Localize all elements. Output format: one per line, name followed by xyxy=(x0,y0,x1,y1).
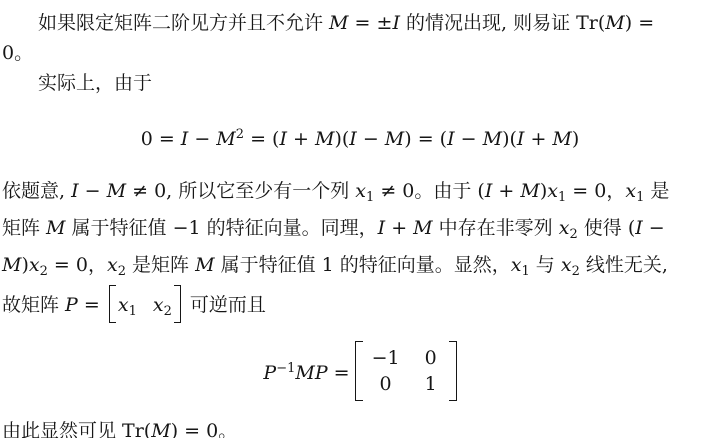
math-variable: I xyxy=(71,180,79,202)
matrix-cell: 1 xyxy=(422,372,440,396)
matrix-left-bracket xyxy=(355,341,363,401)
math-variable: M xyxy=(107,180,126,202)
text-run: + xyxy=(492,180,520,202)
math-variable: x xyxy=(118,294,129,316)
math-variable: M xyxy=(385,128,404,150)
subscript: 2 xyxy=(572,264,580,279)
text-run: 属于特征值 −1 的特征向量。同理， xyxy=(66,217,378,239)
text-run: ) = 0。 xyxy=(171,420,238,438)
text-run: − xyxy=(357,128,385,150)
text-run: 属于特征值 1 的特征向量。显然， xyxy=(215,254,511,276)
math-variable: x xyxy=(29,254,40,276)
text-run: 依题意, xyxy=(2,180,71,202)
math-variable: M xyxy=(329,12,348,34)
math-variable: M xyxy=(46,217,65,239)
superscript: −1 xyxy=(276,361,295,376)
math-variable: x xyxy=(511,254,522,276)
math-variable: M xyxy=(2,254,21,276)
math-variable: M xyxy=(483,128,502,150)
text-run: )( xyxy=(334,128,349,150)
math-variable: x xyxy=(153,294,164,316)
subscript: 1 xyxy=(558,190,566,205)
matrix-cell: 0 xyxy=(372,372,400,396)
text-run: − xyxy=(188,128,216,150)
text-run: 使得 ( xyxy=(578,217,636,239)
equation-lhs: P−1MP = xyxy=(263,354,349,388)
math-variable: I xyxy=(447,128,455,150)
para1-line2: 0。 xyxy=(2,38,718,68)
subscript: 1 xyxy=(129,304,137,319)
text-run: 的情况出现, 则易证 Tr( xyxy=(400,12,605,34)
math-variable: x xyxy=(107,254,118,276)
text-run: = 0， xyxy=(48,254,107,276)
document-page: 如果限定矩阵二阶见方并且不允许 M = ±I 的情况出现, 则易证 Tr(M) … xyxy=(0,0,722,438)
text-run: ) = ( xyxy=(404,128,447,150)
subscript: 2 xyxy=(40,264,48,279)
math-variable: M xyxy=(295,362,314,384)
text-run: 实际上，由于 xyxy=(38,72,152,94)
math-variable: x xyxy=(561,254,572,276)
text-run: − xyxy=(79,180,107,202)
para3-line2: 矩阵 M 属于特征值 −1 的特征向量。同理，I + M 中存在非零列 x2 使… xyxy=(2,213,718,250)
text-run: ) xyxy=(21,254,28,276)
math-variable: M xyxy=(216,128,235,150)
text-run: ≠ 0, 所以它至少有一个列 xyxy=(126,180,355,202)
math-variable: I xyxy=(392,12,400,34)
final-line: 由此显然可见 Tr(M) = 0。 xyxy=(2,416,718,438)
text-run: 0 = xyxy=(141,128,181,150)
math-variable: I xyxy=(279,128,287,150)
math-variable: I xyxy=(349,128,357,150)
math-variable: x xyxy=(625,180,636,202)
matrix-cell: 0 xyxy=(422,346,440,370)
math-variable: M xyxy=(413,217,432,239)
inline-matrix-right-bracket xyxy=(174,285,181,323)
math-variable: I xyxy=(635,217,643,239)
text-run: 线性无关, xyxy=(580,254,668,276)
math-variable: M xyxy=(520,180,539,202)
text-run: 可逆而且 xyxy=(184,294,266,316)
text-run: 是 xyxy=(644,180,669,202)
para1-line1: 如果限定矩阵二阶见方并且不允许 M = ±I 的情况出现, 则易证 Tr(M) … xyxy=(2,8,718,38)
text-run: 0。 xyxy=(2,42,33,64)
text-run: 与 xyxy=(530,254,561,276)
math-variable: M xyxy=(315,128,334,150)
para3-line3: M)x2 = 0，x2 是矩阵 M 属于特征值 1 的特征向量。显然，x1 与 … xyxy=(2,250,718,287)
math-variable: P xyxy=(315,362,328,384)
math-variable: x xyxy=(547,180,558,202)
text-run: ) xyxy=(572,128,579,150)
math-variable: M xyxy=(605,12,624,34)
text-run: = xyxy=(78,294,106,316)
matrix-right-bracket xyxy=(449,341,457,401)
text-run: − xyxy=(643,217,665,239)
para2-line: 实际上，由于 xyxy=(2,68,718,98)
superscript: 2 xyxy=(236,127,244,142)
matrix-entries: −1 0 0 1 xyxy=(363,341,449,401)
text-run: = ( xyxy=(244,128,279,150)
text-run: 中存在非零列 xyxy=(433,217,559,239)
text-run: ≠ 0。由于 ( xyxy=(374,180,485,202)
math-variable: P xyxy=(263,362,276,384)
text-run: ) = xyxy=(625,12,654,34)
subscript: 2 xyxy=(164,304,172,319)
math-variable: M xyxy=(552,128,571,150)
math-variable: x xyxy=(355,180,366,202)
text-run: 故矩阵 xyxy=(2,294,65,316)
math-variable: M xyxy=(195,254,214,276)
text-run: + xyxy=(385,217,413,239)
text-run: )( xyxy=(502,128,517,150)
math-variable: x xyxy=(559,217,570,239)
text-run: = 0， xyxy=(566,180,625,202)
text-run: + xyxy=(287,128,315,150)
equation-factorization: 0 = I − M2 = (I + M)(I − M) = (I − M)(I … xyxy=(2,120,718,154)
matrix-cell: −1 xyxy=(372,346,400,370)
math-variable: M xyxy=(151,420,170,438)
para3-line1: 依题意, I − M ≠ 0, 所以它至少有一个列 x1 ≠ 0。由于 (I +… xyxy=(2,176,718,213)
text-run: 由此显然可见 Tr( xyxy=(2,420,151,438)
text-run: 是矩阵 xyxy=(126,254,195,276)
subscript: 1 xyxy=(521,264,529,279)
inline-matrix-left-bracket xyxy=(109,285,116,323)
math-variable: P xyxy=(65,294,78,316)
subscript: 2 xyxy=(118,264,126,279)
equation-diagonalization: P−1MP = −1 0 0 1 xyxy=(2,341,718,401)
matrix-2x2: −1 0 0 1 xyxy=(355,341,457,401)
text-run: = xyxy=(328,362,350,384)
text-run: 如果限定矩阵二阶见方并且不允许 xyxy=(38,12,329,34)
text-run: − xyxy=(455,128,483,150)
text-run: + xyxy=(524,128,552,150)
subscript: 2 xyxy=(569,227,577,242)
para3-line4: 故矩阵 P = x1x2 可逆而且 xyxy=(2,287,718,327)
text-run: 矩阵 xyxy=(2,217,46,239)
text-run: = ± xyxy=(349,12,393,34)
